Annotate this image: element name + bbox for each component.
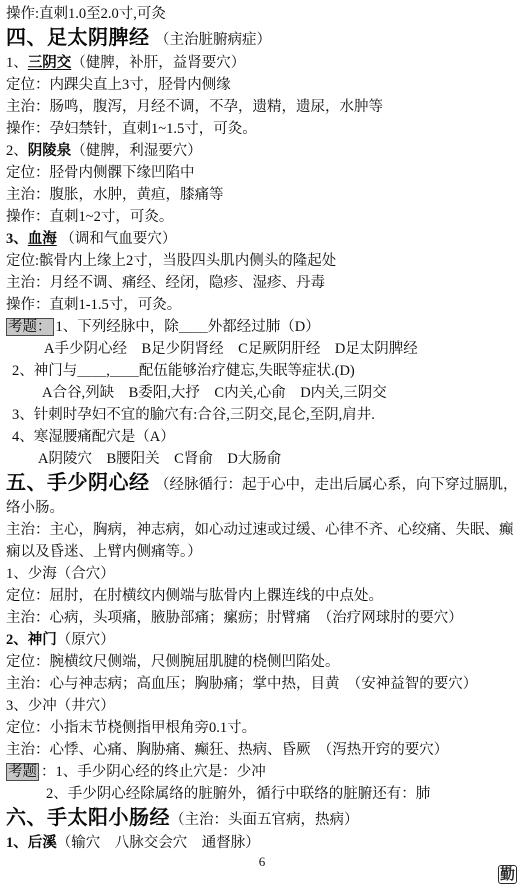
text-segment: （经脉循行：起于心中，走出后属心系，向下穿过膈肌， — [155, 477, 518, 493]
text-segment: 阴陵泉 — [28, 143, 72, 159]
text-segment: 主治：心与神志病；高血压；胸胁痛；掌中热，目黄 （安神益智的要穴） — [6, 676, 477, 692]
text-segment: 3、 — [6, 231, 28, 247]
text-line: 3、针刺时孕妇不宜的腧穴有:合谷,三阴交,昆仑,至阴,肩井. — [6, 404, 518, 426]
text-segment: 4、寒湿腰痛配穴是（A） — [12, 429, 175, 445]
text-line: 主治：腹胀，水肿，黄疸，膝痛等 — [6, 184, 518, 206]
section-heading: 五、手少阴心经 — [6, 472, 155, 494]
text-line: 主治：心悸、心痛、胸胁痛、癫狂、热病、昏厥 （泻热开窍的要穴） — [6, 739, 518, 761]
text-segment: 定位：内踝尖直上3寸，胫骨内侧缘 — [6, 77, 231, 93]
text-line: A合谷,列缺 B委阳,大抒 C内关,心俞 D内关,三阴交 — [6, 382, 518, 404]
text-segment: ：1、手少阴心经的终止穴是：少冲 — [41, 764, 266, 780]
text-line: 2、手少阴心经除属络的脏腑外，循行中联络的脏腑还有：肺 — [6, 783, 518, 805]
text-segment: 定位:髌骨内上缘上2寸，当股四头肌内侧头的隆起处 — [6, 253, 336, 269]
text-line: 3、血海 （调和气血要穴） — [6, 228, 518, 250]
text-line: 定位：小指末节桡侧指甲根角旁0.1寸。 — [6, 717, 518, 739]
text-segment: 三阴交 — [28, 55, 72, 71]
text-segment: 操作：直刺1~2寸，可灸。 — [6, 209, 173, 225]
text-segment: （输穴 八脉交会穴 通督脉） — [57, 835, 260, 851]
text-line: 考题：1、手少阴心经的终止穴是：少冲 — [6, 761, 518, 783]
text-line: 1、三阴交（健脾，补肝，益肾要穴） — [6, 52, 518, 74]
text-line: 主治：月经不调、痛经、经闭，隐疹、湿疹、丹毒 — [6, 272, 518, 294]
text-segment: （主治脏腑病症） — [155, 32, 271, 48]
text-line: 痫以及昏迷、上臂内侧痛等。） — [6, 541, 518, 563]
text-line: 操作:直刺1.0至2.0寸,可灸 — [6, 3, 518, 25]
text-line: 操作：直刺1~2寸，可灸。 — [6, 206, 518, 228]
section-heading: 四、足太阴脾经 — [6, 27, 155, 49]
text-line: 主治：心与神志病；高血压；胸胁痛；掌中热，目黄 （安神益智的要穴） — [6, 673, 518, 695]
section-heading-line: 四、足太阴脾经 （主治脏腑病症） — [6, 25, 518, 52]
text-segment: （调和气血要穴） — [57, 231, 177, 247]
section-heading-line: 六、手太阳小肠经（主治：头面五官病，热病） — [6, 805, 518, 832]
text-segment: 1、 — [6, 55, 28, 71]
text-segment: （健脾，利湿要穴） — [71, 143, 202, 159]
text-line: 3、少冲（井穴） — [6, 695, 518, 717]
text-line: A手少阴心经 B足少阴肾经 C足厥阴肝经 D足太阴脾经 — [6, 338, 518, 360]
exam-topic-label: 考题： — [6, 318, 54, 336]
text-segment: 2、神门与＿＿,＿＿配伍能够治疗健忘,失眠等症状.(D) — [12, 363, 355, 379]
text-segment: 络小肠。 — [6, 500, 64, 516]
text-line: 1、少海（合穴） — [6, 563, 518, 585]
text-line: 主治：肠鸣，腹泻，月经不调，不孕，遗精，遗尿，水肿等 — [6, 96, 518, 118]
text-segment: 定位：腕横纹尺侧端，尺侧腕屈肌腱的桡侧凹陷处。 — [6, 654, 340, 670]
text-line: 主治：主心，胸病，神志病，如心动过速或过缓、心律不齐、心绞痛、失眠、癫 — [6, 519, 518, 541]
text-segment: 操作：孕妇禁针，直刺1~1.5寸，可灸。 — [6, 121, 257, 137]
text-segment: 操作：直刺1-1.5寸，可灸。 — [6, 297, 181, 313]
text-segment: 操作:直刺1.0至2.0寸,可灸 — [6, 6, 166, 22]
text-segment: 主治：心病，头项痛，腋胁部痛；瘰疬；肘臂痛 （治疗网球肘的要穴） — [6, 610, 463, 626]
text-line: 定位:髌骨内上缘上2寸，当股四头肌内侧头的隆起处 — [6, 250, 518, 272]
text-segment: 1、后溪 — [6, 835, 57, 851]
text-line: 考题：1、下列经脉中，除＿＿外都经过肺（D） — [6, 316, 518, 338]
section-heading-line: 五、手少阴心经 （经脉循行：起于心中，走出后属心系，向下穿过膈肌， — [6, 470, 518, 497]
text-segment: 血海 — [28, 231, 57, 247]
text-line: 操作：孕妇禁针，直刺1~1.5寸，可灸。 — [6, 118, 518, 140]
document-page: 操作:直刺1.0至2.0寸,可灸四、足太阴脾经 （主治脏腑病症）1、三阴交（健脾… — [0, 0, 524, 854]
text-line: 1、后溪（输穴 八脉交会穴 通督脉） — [6, 832, 518, 854]
text-line: 2、神门（原穴） — [6, 629, 518, 651]
text-segment: （健脾，补肝，益肾要穴） — [71, 55, 245, 71]
text-line: 定位：内踝尖直上3寸，胫骨内侧缘 — [6, 74, 518, 96]
text-segment: 主治：腹胀，水肿，黄疸，膝痛等 — [6, 187, 224, 203]
text-segment: 定位：屈肘，在肘横纹内侧端与肱骨内上髁连线的中点处。 — [6, 588, 383, 604]
text-segment: 主治：心悸、心痛、胸胁痛、癫狂、热病、昏厥 （泻热开窍的要穴） — [6, 742, 448, 758]
section-heading: 六、手太阳小肠经 — [6, 807, 170, 829]
text-segment: 主治：月经不调、痛经、经闭，隐疹、湿疹、丹毒 — [6, 275, 325, 291]
text-segment: 3、针刺时孕妇不宜的腧穴有:合谷,三阴交,昆仑,至阴,肩井. — [12, 407, 375, 423]
text-segment: 2、 — [6, 143, 28, 159]
text-segment: 定位：小指末节桡侧指甲根角旁0.1寸。 — [6, 720, 256, 736]
exam-topic-label: 考题 — [6, 763, 39, 781]
text-segment: 主治：肠鸣，腹泻，月经不调，不孕，遗精，遗尿，水肿等 — [6, 99, 383, 115]
text-segment: 痫以及昏迷、上臂内侧痛等。） — [6, 544, 202, 560]
text-line: 主治：心病，头项痛，腋胁部痛；瘰疬；肘臂痛 （治疗网球肘的要穴） — [6, 607, 518, 629]
qin-watermark-badge: 勤 — [498, 865, 517, 884]
text-segment: A手少阴心经 B足少阴肾经 C足厥阴肝经 D足太阴脾经 — [44, 341, 418, 357]
text-segment: 1、下列经脉中，除＿＿外都经过肺（D） — [56, 319, 320, 335]
text-line: A阴陵穴 B腰阳关 C肾俞 D大肠俞 — [6, 448, 518, 470]
text-segment: A阴陵穴 B腰阳关 C肾俞 D大肠俞 — [38, 451, 281, 467]
text-line: 2、神门与＿＿,＿＿配伍能够治疗健忘,失眠等症状.(D) — [6, 360, 518, 382]
text-segment: 主治：主心，胸病，神志病，如心动过速或过缓、心律不齐、心绞痛、失眠、癫 — [6, 522, 514, 538]
text-line: 络小肠。 — [6, 497, 518, 519]
text-segment: 1、少海（合穴） — [6, 566, 115, 582]
text-segment: （主治：头面五官病，热病） — [170, 812, 359, 828]
text-line: 操作：直刺1-1.5寸，可灸。 — [6, 294, 518, 316]
text-segment: 2、手少阴心经除属络的脏腑外，循行中联络的脏腑还有：肺 — [46, 786, 430, 802]
text-line: 定位：腕横纹尺侧端，尺侧腕屈肌腱的桡侧凹陷处。 — [6, 651, 518, 673]
text-segment: （原穴） — [57, 632, 115, 648]
text-line: 定位：屈肘，在肘横纹内侧端与肱骨内上髁连线的中点处。 — [6, 585, 518, 607]
text-line: 2、阴陵泉（健脾，利湿要穴） — [6, 140, 518, 162]
text-segment: 3、少冲（井穴） — [6, 698, 115, 714]
text-line: 定位：胫骨内侧髁下缘凹陷中 — [6, 162, 518, 184]
text-segment: A合谷,列缺 B委阳,大抒 C内关,心俞 D内关,三阴交 — [42, 385, 387, 401]
text-line: 4、寒湿腰痛配穴是（A） — [6, 426, 518, 448]
page-number: 6 — [0, 854, 524, 870]
text-segment: 2、神门 — [6, 632, 57, 648]
text-segment: 定位：胫骨内侧髁下缘凹陷中 — [6, 165, 195, 181]
